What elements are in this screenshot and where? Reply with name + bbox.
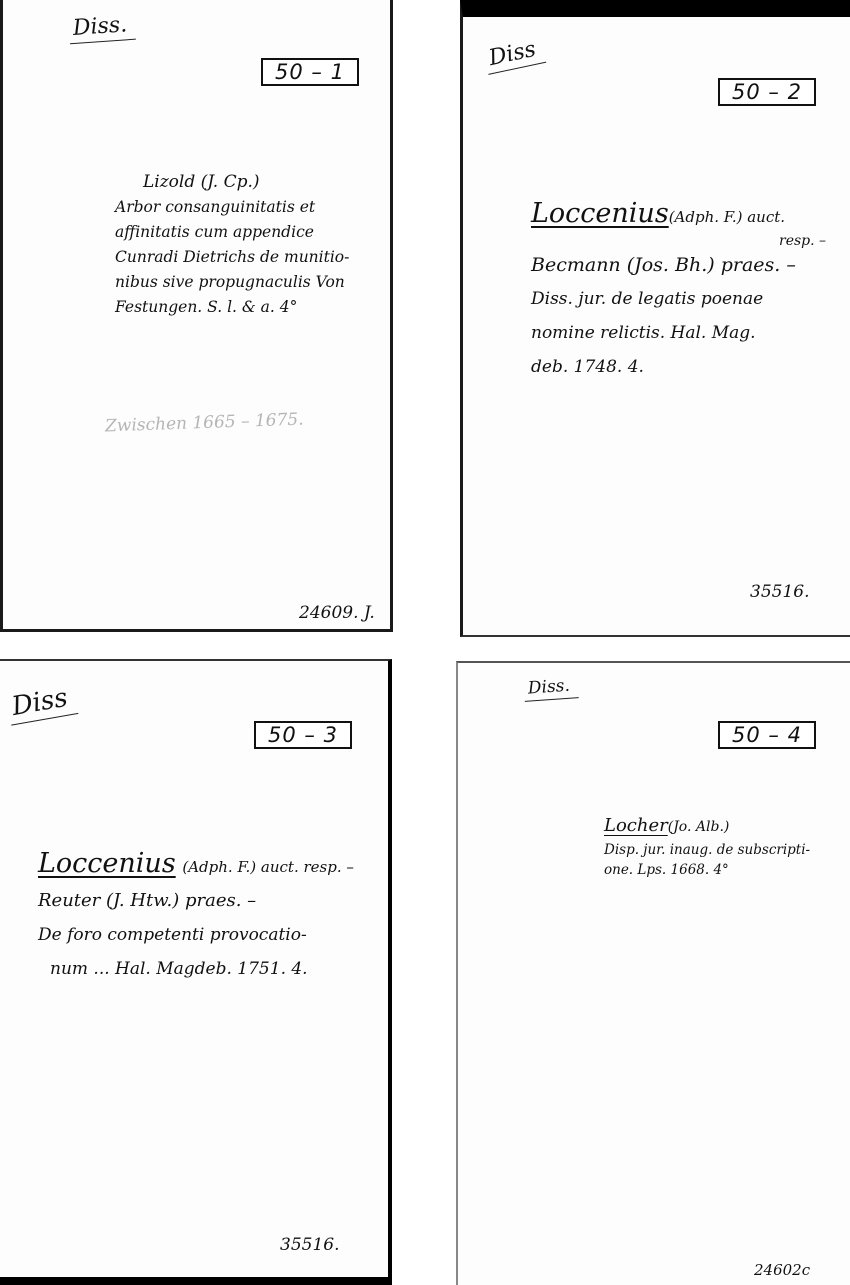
entry-line: Diss. jur. de legatis poenae [531, 282, 826, 316]
catalog-entry: Loccenius(Adph. F.) auct. resp. – Becman… [531, 197, 826, 384]
catalog-entry: Lizold (J. Cp.) Arbor consanguinitatis e… [115, 170, 349, 320]
entry-heading: Lizold (J. Cp.) [115, 170, 349, 195]
entry-line: Festungen. S. l. & a. 4° [115, 295, 349, 320]
catalog-card-1: Diss. 50 – 1 Lizold (J. Cp.) Arbor consa… [0, 0, 393, 632]
catalog-card-4: Diss. 50 – 4 Locher(Jo. Alb.) Disp. jur.… [456, 661, 850, 1285]
entry-line: affinitatis cum appendice [115, 220, 349, 245]
entry-line: nomine relictis. Hal. Mag. [531, 316, 826, 350]
entry-heading-detail: (Adph. F.) auct. [669, 208, 785, 226]
accession-number: 35516. [280, 1235, 339, 1255]
shelfmark-box: 50 – 4 [718, 721, 816, 749]
pencil-note: Zwischen 1665 – 1675. [105, 410, 304, 437]
category-label: Diss [483, 35, 547, 75]
entry-line: Disp. jur. inaug. de subscripti- [604, 840, 810, 860]
shelfmark-box: 50 – 2 [718, 78, 816, 106]
entry-heading-detail: (Adph. F.) auct. resp. – [182, 858, 354, 876]
entry-heading: Loccenius [531, 198, 669, 229]
entry-line: Reuter (J. Htw.) praes. – [38, 884, 354, 918]
entry-line: one. Lps. 1668. 4° [604, 860, 810, 880]
category-label: Diss [6, 681, 79, 725]
accession-number: 24602c [754, 1261, 810, 1279]
catalog-entry: Loccenius (Adph. F.) auct. resp. – Reute… [38, 847, 354, 986]
shelfmark-box: 50 – 3 [254, 721, 352, 749]
entry-line: deb. 1748. 4. [531, 350, 826, 384]
accession-number: 35516. [750, 582, 809, 602]
entry-line: Becmann (Jos. Bh.) praes. – [531, 248, 826, 282]
accession-number: 24609. J. [299, 603, 375, 623]
entry-line: nibus sive propugnaculis Von [115, 270, 349, 295]
entry-heading: Locher [604, 815, 668, 836]
entry-line: num ... Hal. Magdeb. 1751. 4. [38, 952, 354, 986]
entry-heading: Loccenius [38, 848, 176, 879]
entry-line: Cunradi Dietrichs de munitio- [115, 245, 349, 270]
entry-line: De foro competenti provocatio- [38, 918, 354, 952]
category-label: Diss. [523, 675, 578, 702]
entry-line: resp. – [531, 234, 826, 248]
catalog-card-2: Diss 50 – 2 Loccenius(Adph. F.) auct. re… [460, 0, 850, 637]
entry-line: Arbor consanguinitatis et [115, 195, 349, 220]
category-label: Diss. [68, 12, 136, 45]
shelfmark-box: 50 – 1 [261, 58, 359, 86]
entry-heading-detail: (Jo. Alb.) [668, 819, 730, 835]
catalog-card-3: Diss 50 – 3 Loccenius (Adph. F.) auct. r… [0, 659, 392, 1285]
catalog-entry: Locher(Jo. Alb.) Disp. jur. inaug. de su… [604, 813, 810, 880]
